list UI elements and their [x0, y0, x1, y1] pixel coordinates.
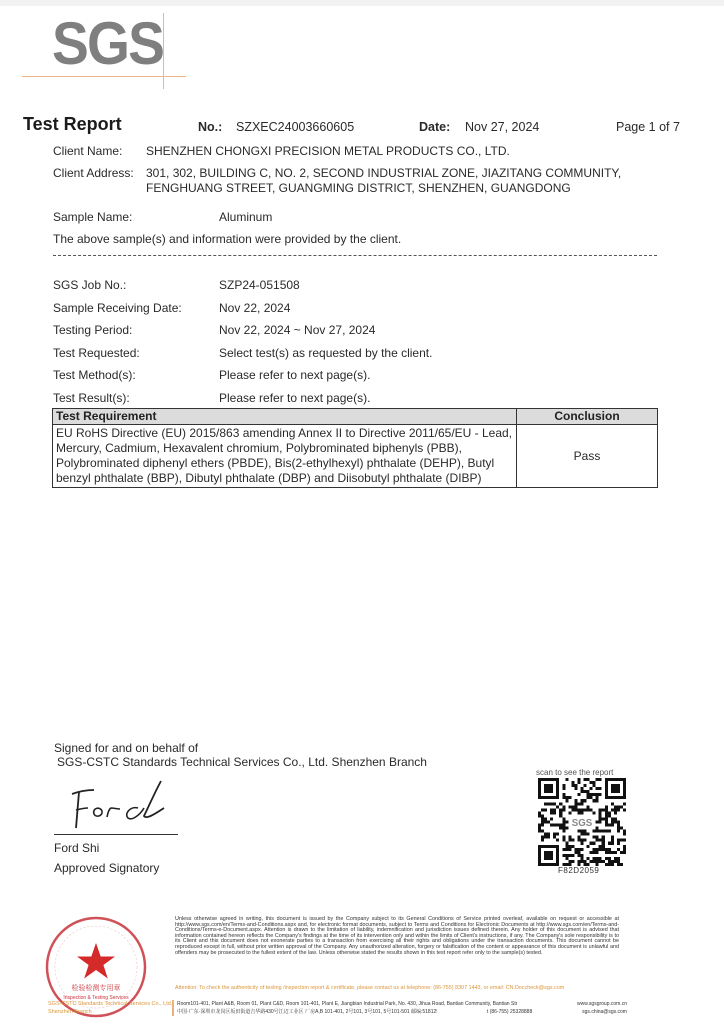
email-link[interactable]: sgs.china@sgs.com [582, 1008, 627, 1016]
detail-label: Test Method(s): [53, 368, 136, 382]
qr-code[interactable]: SGS [538, 778, 626, 866]
detail-label: Sample Receiving Date: [53, 301, 182, 315]
signing-company: SGS-CSTC Standards Technical Services Co… [57, 755, 427, 769]
qr-code-id: F82D2059 [558, 866, 599, 875]
client-address-line2: FENGHUANG STREET, GUANGMING DISTRICT, SH… [146, 181, 571, 195]
sgs-logo: SGS [52, 14, 163, 74]
date-label: Date: [419, 120, 450, 134]
detail-value: SZP24-051508 [219, 278, 300, 292]
website-link[interactable]: www.sgsgroup.com.cn [577, 1000, 627, 1008]
handwritten-signature [66, 778, 176, 830]
column-header-requirement: Test Requirement [53, 409, 517, 425]
client-address-line1: 301, 302, BUILDING C, NO. 2, SECOND INDU… [146, 166, 621, 180]
footer-address: Room101-401, Plant A&B, Room 01, Plant C… [172, 1000, 627, 1016]
signatory-title: Approved Signatory [54, 861, 159, 875]
detail-value: Nov 22, 2024 [219, 301, 290, 315]
test-requirement-table: Test Requirement Conclusion EU RoHS Dire… [52, 408, 658, 488]
qr-caption: scan to see the report [536, 768, 613, 777]
terms-fine-print: Unless otherwise agreed in writing, this… [175, 917, 619, 956]
logo-underline [22, 76, 186, 77]
address-chinese: 中国·广东·深圳市龙岗区坂田街道吉华路430号江辺工业区 厂房A,B 101-4… [177, 1008, 437, 1016]
detail-value: Please refer to next page(s). [219, 391, 370, 405]
stamp-company-line2: Shenzhen Branch [48, 1008, 172, 1016]
authenticity-notice: Attention: To check the authenticity of … [175, 985, 619, 991]
detail-value: Select test(s) as requested by the clien… [219, 346, 432, 360]
client-address-label: Client Address: [53, 166, 134, 180]
sample-note: The above sample(s) and information were… [53, 232, 401, 246]
client-name-value: SHENZHEN CHONGXI PRECISION METAL PRODUCT… [146, 144, 510, 158]
logo-vertical-rule [163, 13, 164, 89]
detail-value: Please refer to next page(s). [219, 368, 370, 382]
client-name-label: Client Name: [53, 144, 122, 158]
report-no-label: No.: [198, 120, 222, 134]
sample-name-value: Aluminum [219, 210, 272, 224]
top-bar [0, 0, 724, 6]
svg-text:SGS: SGS [572, 818, 593, 829]
conclusion-cell: Pass [517, 425, 658, 488]
signatory-name: Ford Shi [54, 841, 99, 855]
stamp-company: SGS-CSTC Standards Technical Services Co… [48, 1000, 172, 1016]
stamp-company-line1: SGS-CSTC Standards Technical Services Co… [48, 1000, 172, 1008]
report-title: Test Report [23, 114, 122, 135]
detail-label: Testing Period: [53, 323, 132, 337]
column-header-conclusion: Conclusion [517, 409, 658, 425]
detail-label: Test Requested: [53, 346, 140, 360]
phone-number: t (86-755) 25328888 [487, 1008, 532, 1016]
address-english: Room101-401, Plant A&B, Room 01, Plant C… [177, 1000, 517, 1008]
detail-label: Test Result(s): [53, 391, 130, 405]
requirement-cell: EU RoHS Directive (EU) 2015/863 amending… [53, 425, 517, 488]
sample-name-label: Sample Name: [53, 210, 132, 224]
svg-text:检验检测专用章: 检验检测专用章 [72, 983, 121, 992]
table-row: EU RoHS Directive (EU) 2015/863 amending… [53, 425, 658, 488]
detail-value: Nov 22, 2024 ~ Nov 27, 2024 [219, 323, 375, 337]
report-no-value: SZXEC24003660605 [236, 120, 354, 134]
signature-line [54, 834, 178, 835]
date-value: Nov 27, 2024 [465, 120, 539, 134]
dashed-separator [53, 255, 657, 256]
page-indicator: Page 1 of 7 [616, 120, 680, 134]
detail-label: SGS Job No.: [53, 278, 126, 292]
signed-on-behalf: Signed for and on behalf of [54, 741, 198, 755]
